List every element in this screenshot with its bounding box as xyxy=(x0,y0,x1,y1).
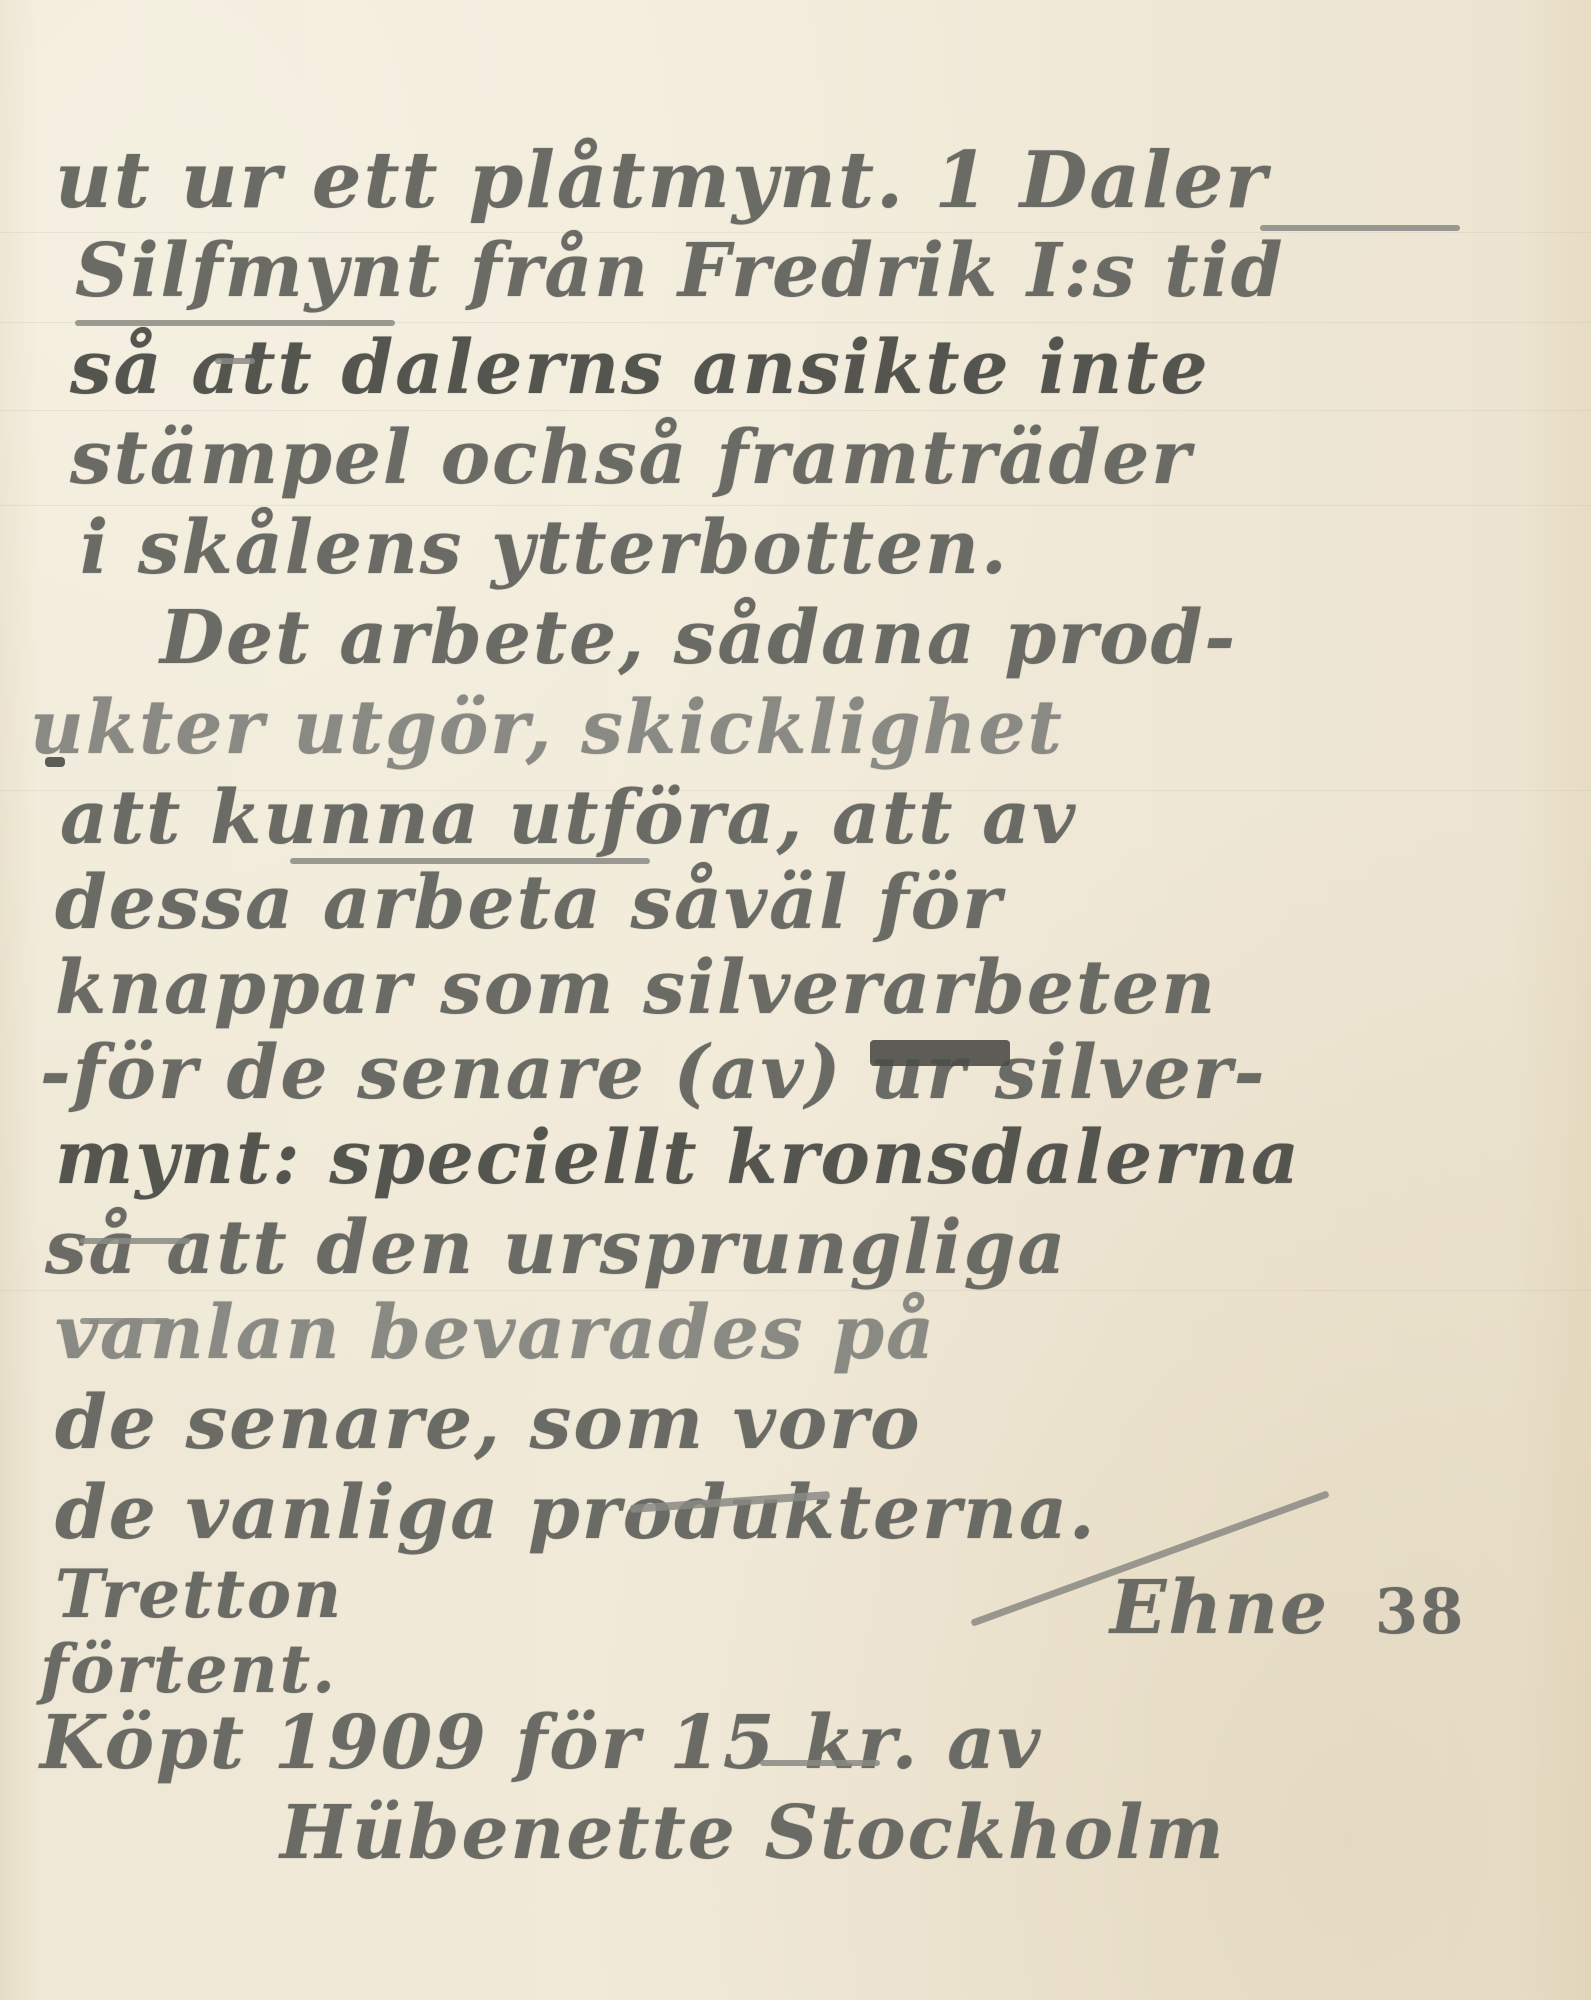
handwritten-line-7: ukter utgör, skicklighet xyxy=(30,685,1064,771)
underline-mark xyxy=(80,1318,170,1324)
underline-mark xyxy=(760,1760,880,1766)
handwritten-line-17: Tretton xyxy=(55,1555,343,1633)
acquisition-note-line-2: Hübenette Stockholm xyxy=(280,1790,1226,1876)
signature-number: 38 xyxy=(1375,1575,1465,1648)
handwritten-line-1: ut ur ett plåtmynt. 1 Daler xyxy=(55,135,1268,226)
handwritten-line-14: vanlan bevarades på xyxy=(55,1290,936,1376)
handwritten-line-4: stämpel ochså framträder xyxy=(70,415,1192,501)
handwritten-line-10: knappar som silverarbeten xyxy=(55,945,1217,1031)
handwritten-line-2: Silfmynt från Fredrik I:s tid xyxy=(75,228,1284,314)
ink-mark xyxy=(45,757,65,767)
handwritten-line-6: Det arbete, sådana prod- xyxy=(160,595,1237,681)
handwritten-line-8: att kunna utföra, att av xyxy=(60,775,1077,861)
underline-mark xyxy=(80,1238,190,1244)
handwritten-line-15: de senare, som voro xyxy=(55,1380,921,1466)
handwritten-line-16: de vanliga produkterna. xyxy=(55,1470,1097,1556)
handwritten-line-12: mynt: speciellt kronsdalerna xyxy=(55,1115,1301,1201)
handwritten-line-5: i skålens ytterbotten. xyxy=(80,505,1009,591)
underline-mark xyxy=(1260,225,1460,231)
handwritten-line-3: så att dalerns ansikte inte xyxy=(70,325,1210,411)
underline-mark xyxy=(215,358,255,364)
handwritten-line-13: så att den ursprungliga xyxy=(45,1205,1067,1291)
handwritten-line-11: -för de senare (av) ur silver- xyxy=(40,1030,1267,1116)
crossed-out-word-blot xyxy=(870,1040,1010,1066)
signature: Ehne xyxy=(1110,1565,1329,1651)
handwritten-line-18: förtent. xyxy=(40,1630,337,1708)
handwritten-line-9: dessa arbeta såväl för xyxy=(55,860,1003,946)
acquisition-note-line-1: Köpt 1909 för 15 kr. av xyxy=(40,1700,1042,1786)
document-page: ut ur ett plåtmynt. 1 Daler Silfmynt frå… xyxy=(0,0,1591,2000)
